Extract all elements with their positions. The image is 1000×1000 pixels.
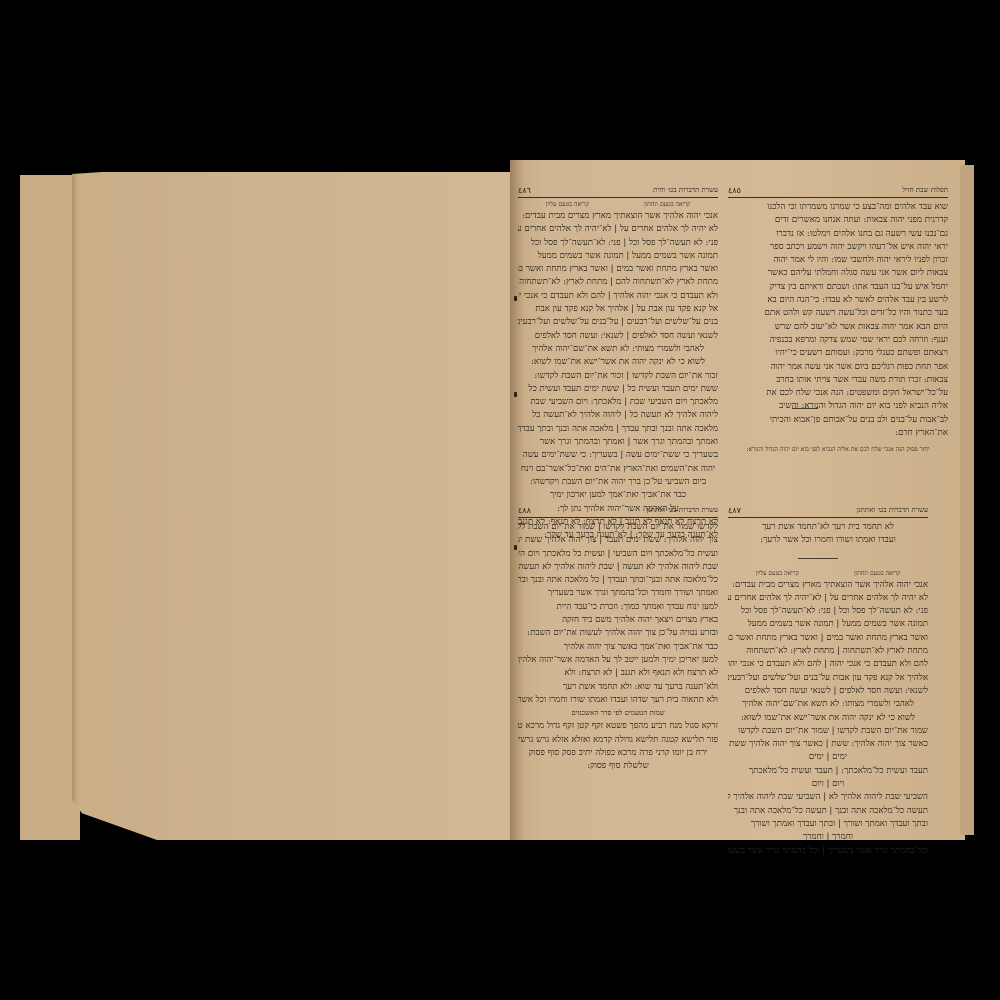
column-subheads: קריאה בטעם תחתון קריאה בטעם עליון bbox=[728, 570, 928, 577]
text-line: בשעריך כי ששת־ימים עשה | בשעריך: כי ששת־… bbox=[518, 449, 718, 462]
subhead-lower: קריאה בטעם תחתון bbox=[644, 201, 690, 208]
text-line: אל קנא פקד עון אבת על | אלהיך אל קנא פקד… bbox=[518, 303, 718, 316]
text-panel-bottom-right: עשרת הדברות בט׳ ואתחנן ٤٨٧ לא תחמד בית ר… bbox=[728, 506, 928, 858]
page-number: ٤٨٧ bbox=[728, 506, 741, 515]
text-line: לשנאי ועשה חסד לאלפים | לשנאי: ועשה חסד … bbox=[518, 330, 718, 343]
text-line: ששת ימים תעבד ועשית כל | ששת ימים תעבד ו… bbox=[518, 383, 718, 396]
text-panel-top-right: תפלות שבת חזיל ٤٨٥ שוא עבד אלהים ומה־בצע… bbox=[728, 186, 948, 453]
text-line: למען יאריכן ימיך ולמען ייטב לך על האדמה … bbox=[518, 654, 718, 667]
text-line: לאהבי ולשמרי מצותו: לא תשא את־שם־יהוה אל… bbox=[728, 698, 928, 711]
text-line: כאשר צוך יהוה אלהיך: ששת | כאשר צוך יהוה… bbox=[728, 738, 928, 751]
text-line: לא תרצח ולא תנאף ולא תגנב | לא תרצח: ולא bbox=[518, 667, 718, 680]
text-line: ימים | ימים bbox=[728, 751, 928, 764]
text-line: זכרון לפניו ליראי יהוה ולחשבי שמו: והיו … bbox=[728, 254, 948, 267]
text-line: ולא תתאוה בית רעך שדהו ועבדו ואמתו שורו … bbox=[518, 694, 718, 707]
text-line: לשוא כי לא ינקה יהוה את אשר־ישא את־שמו ל… bbox=[728, 712, 928, 725]
text-line: לא תחמד בית רעך לא־תחמד אשת רעך bbox=[728, 521, 928, 534]
text-line: קדרנית מפני יהוה צבאות: ועתה אנחנו מאשרי… bbox=[728, 214, 948, 227]
text-line: צבאות: זכרו תורת משה עבדי אשר צויתי אותו… bbox=[728, 374, 948, 387]
text-line: וחמרך | וחמרך bbox=[728, 831, 928, 844]
header-title: עשרת הדברות בט׳ ואתחנן bbox=[857, 506, 928, 515]
text-line: צבאות ליום אשר אני עשה סגלה וחמלתי עליהם… bbox=[728, 267, 948, 280]
text-line: למען ינוח עבדך ואמתך כמוך: וזכרת כי־עבד … bbox=[518, 601, 718, 614]
text-line: תמונה אשר בשמים ממעל | תמונה אשר בשמים מ… bbox=[728, 618, 928, 631]
text-line: יהוה את־השמים ואת־הארץ את־הים ואת־כל־אשר… bbox=[518, 463, 718, 476]
text-line: לאהבי ולשמרי מצותי: לא תשא את־שם־יהוה אל… bbox=[518, 343, 718, 356]
text-line: לקדשו שמור את־יום השבת לקדשו | שמור את־י… bbox=[518, 521, 718, 534]
running-header: עשרת הדברות בט׳ ואתחנן ٤٨٧ bbox=[728, 506, 928, 518]
text-panel-bottom-left: עשרת הדברות בט׳ ואתחנן ٤٨٨ לקדשו שמור את… bbox=[518, 506, 718, 774]
text-line: לרשע בין עבד אלהים לאשר לא עבדו: כי־הנה … bbox=[728, 294, 948, 307]
text-line: כבד את־אביך ואת־אמך כאשר צוך יהוה אלהיך bbox=[518, 641, 718, 654]
text-line: בער כתנור והיו כל־זדים וכל־עשה רשעה קש ו… bbox=[728, 307, 948, 320]
page-number: ٤٨٨ bbox=[518, 506, 531, 515]
text-line: להם ולא תעבדם כי אנכי יהוה | להם ולא תעב… bbox=[728, 658, 928, 671]
blank-left-page bbox=[72, 172, 520, 840]
footnote: יחזר פסוק הנה אנכי שלח לכם את אליה הנביא… bbox=[728, 446, 948, 453]
text-line: ואשר בארץ מתחת ואשר במים | ואשר בארץ מתח… bbox=[518, 263, 718, 276]
text-line: ויצאתם ופשתם כעגלי מרבק: ועסותם רשעים כי… bbox=[728, 347, 948, 360]
text-line: ואמתך ובהמתך וגרך אשר | ואמתך ובהמתך וגר… bbox=[518, 436, 718, 449]
binding-hole bbox=[514, 545, 517, 550]
text-panel-top-left: עשרת הדברות בט׳ וחית ٤٨٦ קריאה בטעם תחתו… bbox=[518, 186, 718, 542]
text-line: מלאכתך ויום השביעי שבת | מלאכתך: ויום הש… bbox=[518, 396, 718, 409]
subhead-upper: קריאה בטעם עליון bbox=[546, 201, 589, 208]
text-line: לא יהיה לך אלהים אחרים על | לא־יהיה לך א… bbox=[728, 592, 928, 605]
text-line: היום הבא אמר יהוה צבאות אשר לא־יעזב להם … bbox=[728, 321, 948, 334]
text-line: ועשית כל־מלאכתך ויום השביעי | ועשית כל מ… bbox=[518, 548, 718, 561]
running-header: עשרת הדברות בט׳ וחית ٤٨٦ bbox=[518, 186, 718, 198]
text-line: ואמתך ושורך וחמרך וכל־בהמתך וגרך אשר בשע… bbox=[518, 587, 718, 600]
text-line: ליהוה אלהיך לא תעשה כל | ליהוה אלהיך לא־… bbox=[518, 409, 718, 422]
text-line: לשוא כי לא ינקה יהוה את אשר־ישא את־שמו ל… bbox=[518, 356, 718, 369]
text-line: מלאכה אתה ובנך ובתך עבדך | מלאכה אתה ובנ… bbox=[518, 423, 718, 436]
text-line: תעשה כל־מלאכה אתה ובנך | תעשה כל־מלאכה א… bbox=[728, 805, 928, 818]
text-line: זרקא סגול מנח רביע מהפך פשטא זקף קטן זקף… bbox=[518, 720, 718, 733]
text-line: בארץ מצרים ויצאך יהוה אלהיך משם ביד חזקה bbox=[518, 614, 718, 627]
text-line: על־כל־ישראל חקים ומשפטים: הנה אנכי שלח ל… bbox=[728, 387, 948, 400]
text-line: ולא תעבדם כי אנכי יהוה אלהיך | להם ולא ת… bbox=[518, 290, 718, 303]
text-line: ביום השביעי על־כן ברך יהוה את־יום השבת ו… bbox=[518, 476, 718, 489]
text-line: פזר תלישא קטנה תלישא גדולה קדמא ואזלא אז… bbox=[518, 734, 718, 747]
text-line: וכל־בהמתך וגרך אשר בשעריך | וכל־בהמתך וג… bbox=[728, 845, 928, 858]
text-line: תמונה אשר בשמים ממעל | תמונה אשר בשמים מ… bbox=[518, 250, 718, 263]
subsection-title: שמות הטעמים לפי סדר האשכנזים bbox=[518, 707, 718, 720]
text-line: פני: לא תעשה־לך פסל וכל | פני: לא־תעשה־ל… bbox=[518, 237, 718, 250]
text-line: פני: לא תעשה־לך פסל וכל | פני: לא־תעשה־ל… bbox=[728, 605, 928, 618]
text-line: שוא עבד אלהים ומה־בצע כי שמרנו משמרתו וכ… bbox=[728, 201, 948, 214]
binding-hole bbox=[514, 296, 517, 301]
text-line: יחמל איש על־בנו העבד אתו: ושבתם וראיתם ב… bbox=[728, 281, 948, 294]
text-line: אליה הנביא לפני בוא יום יהוה הגדול והנור… bbox=[728, 400, 948, 413]
text-line: זכור את־יום השבת לקדשו | זכור את־יום השב… bbox=[518, 370, 718, 383]
subhead-upper: קריאה בטעם עליון bbox=[756, 570, 799, 577]
text-line: לב־אבות על־בנים ולב בנים על־אבותם פן־אבו… bbox=[728, 414, 948, 427]
text-line: גם־נבנו עשי רשעה גם בחנו אלהים וימלטו: א… bbox=[728, 228, 948, 241]
text-line: ועבדו ואמתו ושורו וחמרו וכל אשר לרעך: bbox=[728, 534, 928, 547]
text-line: שמור את־יום השבת לקדשו | שמור את־יום השב… bbox=[728, 725, 928, 738]
column-subheads: קריאה בטעם תחתון קריאה בטעם עליון bbox=[518, 201, 718, 208]
text-line: את־הארץ חרם: bbox=[728, 427, 948, 440]
text-line: ובזרע נטויה על־כן צוך יהוה אלהיך לעשות א… bbox=[518, 627, 718, 640]
text-line: בנים על־שלשים ועל־רבעים | על־בנים על־שלש… bbox=[518, 316, 718, 329]
text-line: יראי יהוה איש אל־רעהו ויקשב יהוה וישמע ו… bbox=[728, 241, 948, 254]
text-line: אלהיך אל קנא פקד עון אבות על־בנים ועל־של… bbox=[728, 672, 928, 685]
page-number: ٤٨٥ bbox=[728, 186, 741, 195]
text-line: תעבד ועשית כל־מלאכתך: | תעבד ועשית כל־מל… bbox=[728, 765, 928, 778]
text-line: ואשר בארץ מתחת ואשר במים | ואשר בארץ מתח… bbox=[728, 632, 928, 645]
text-line: כבד את־אביך ואת־אמך למען יארכון ימיך bbox=[518, 489, 718, 502]
text-line: השביעי שבת ליהוה אלהיך לא | השביעי שבת ל… bbox=[728, 791, 928, 804]
text-line: ולא־תענה ברעך עד שוא: ולא תחמד אשת רעך bbox=[518, 681, 718, 694]
page-number: ٤٨٦ bbox=[518, 186, 531, 195]
stacked-page-edges bbox=[960, 165, 974, 835]
text-line: וענף: וזרחה לכם יראי שמי שמש צדקה ומרפא … bbox=[728, 334, 948, 347]
subhead-lower: קריאה בטעם תחתון bbox=[854, 570, 900, 577]
spacer bbox=[728, 548, 928, 570]
running-header: תפלות שבת חזיל ٤٨٥ bbox=[728, 186, 948, 198]
text-line: מתחת לארץ לא־תשתחוה להם | מתחת לארץ: לא־… bbox=[518, 276, 718, 289]
section-divider bbox=[792, 408, 818, 409]
text-line: ויום | ויום bbox=[728, 778, 928, 791]
left-flap-edge bbox=[20, 175, 80, 840]
binding-hole bbox=[514, 392, 517, 397]
header-title: עשרת הדברות בט׳ ואתחנן bbox=[647, 506, 718, 515]
text-line: שבת ליהוה אלהיך לא תעשה | שבת ליהוה אלהי… bbox=[518, 561, 718, 574]
text-line: לשנאי: ועשה חסד לאלפים | לשנאי ועשה חסד … bbox=[728, 685, 928, 698]
text-line: כל־מלאכה אתה ובנך־ובתך ועבדך | כל מלאכה … bbox=[518, 574, 718, 587]
text-line: מתחת לארץ לא־תשתחוה | מתחת לארץ: לא־תשתח… bbox=[728, 645, 928, 658]
running-header: עשרת הדברות בט׳ ואתחנן ٤٨٨ bbox=[518, 506, 718, 518]
header-title: תפלות שבת חזיל bbox=[902, 186, 948, 195]
text-line: צוך יהוה אלהיך: ששת ימים תעבד | צוך יהוה… bbox=[518, 534, 718, 547]
header-title: עשרת הדברות בט׳ וחית bbox=[653, 186, 718, 195]
text-line: אנכי יהוה אלהיך אשר הוצאתיך מארץ מצרים מ… bbox=[518, 210, 718, 223]
text-line: שלשלת סוף פסוק: bbox=[518, 760, 718, 773]
text-line: אנכי יהוה אלהיך אשר הוצאתיך מארץ מצרים מ… bbox=[728, 579, 928, 592]
text-line: ירח בן יומו קרני פרה מרכא כפולה יתיב פסק… bbox=[518, 747, 718, 760]
text-line: אפר תחת כפות רגליכם ביום אשר אני עשה אמר… bbox=[728, 361, 948, 374]
section-divider bbox=[798, 558, 838, 559]
text-line: ובתך ועבדך ואמתך ושורך | ובתך ועבדך ואמת… bbox=[728, 818, 928, 831]
text-line: לא יהיה לך אלהים אחרים על | לא־יהיה לך א… bbox=[518, 223, 718, 236]
